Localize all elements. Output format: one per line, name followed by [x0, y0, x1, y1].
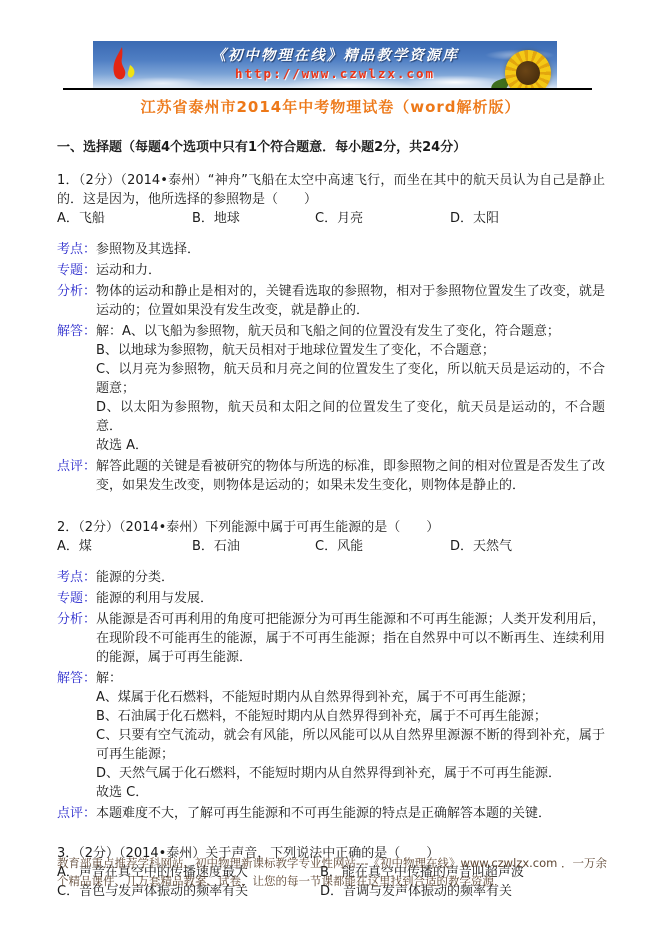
sunflower-icon: [505, 50, 551, 88]
dianping-label: 点评：: [57, 457, 96, 495]
kaodian-text: 能源的分类．: [96, 568, 605, 587]
q2-option-c: C．风能: [315, 537, 450, 556]
q1-zhuanti-row: 专题： 运动和力．: [57, 261, 605, 280]
jieda-text: 解：A、以飞船为参照物，航天员和飞船之间的位置没有发生了变化，符合题意； B、以…: [96, 322, 605, 455]
q2-zhuanti-row: 专题： 能源的利用与发展．: [57, 589, 605, 608]
dianping-text: 解答此题的关键是看被研究的物体与所选的标准，即参照物之间的相对位置是否发生了改变…: [96, 457, 605, 495]
banner-divider-rule: [63, 88, 592, 90]
doc-body: 一、选择题（每题4个选项中只有1个符合题意．每小题2分，共24分） 1．（2分）…: [57, 138, 605, 901]
fenxi-text: 物体的运动和静止是相对的，关键看选取的参照物，相对于参照物位置发生了改变，就是运…: [96, 282, 605, 320]
jieda-text: 解： A、煤属于化石燃料，不能短时期内从自然界得到补充，属于不可再生能源； B、…: [96, 669, 605, 802]
site-logo-icon: [107, 46, 141, 88]
zhuanti-text: 运动和力．: [96, 261, 605, 280]
question-2: 2．（2分）（2014•泰州）下列能源中属于可再生能源的是（ ） A．煤 B．石…: [57, 518, 605, 823]
q1-jieda-row: 解答： 解：A、以飞船为参照物，航天员和飞船之间的位置没有发生了变化，符合题意；…: [57, 322, 605, 455]
q2-option-b: B．石油: [192, 537, 315, 556]
q1-kaodian-row: 考点： 参照物及其选择．: [57, 240, 605, 259]
q2-stem: 2．（2分）（2014•泰州）下列能源中属于可再生能源的是（ ）: [57, 518, 605, 537]
fenxi-label: 分析：: [57, 610, 96, 667]
dianping-label: 点评：: [57, 804, 96, 823]
q2-option-a: A．煤: [57, 537, 192, 556]
q1-option-b: B．地球: [192, 209, 315, 228]
footer-note: 教育部重点推荐学科网站、初中物理新课标教学专业性网站---《初中物理在线》www…: [57, 854, 607, 890]
fenxi-text: 从能源是否可再利用的角度可把能源分为可再生能源和不可再生能源；人类开发利用后，在…: [96, 610, 605, 667]
section-heading: 一、选择题（每题4个选项中只有1个符合题意．每小题2分，共24分）: [57, 138, 605, 157]
q2-explanation: 考点： 能源的分类． 专题： 能源的利用与发展． 分析： 从能源是否可再利用的角…: [57, 568, 605, 823]
fenxi-label: 分析：: [57, 282, 96, 320]
dianping-text: 本题难度不大，了解可再生能源和不可再生能源的特点是正确解答本题的关键．: [96, 804, 605, 823]
document-page: 《初中物理在线》精品教学资源库 http://www.czwlzx.com 江苏…: [0, 0, 661, 936]
q2-kaodian-row: 考点： 能源的分类．: [57, 568, 605, 587]
q2-fenxi-row: 分析： 从能源是否可再利用的角度可把能源分为可再生能源和不可再生能源；人类开发利…: [57, 610, 605, 667]
jieda-label: 解答：: [57, 322, 96, 455]
q1-option-a: A．飞船: [57, 209, 192, 228]
doc-title: 江苏省泰州市2014年中考物理试卷（word解析版）: [0, 96, 661, 117]
q2-jieda-row: 解答： 解： A、煤属于化石燃料，不能短时期内从自然界得到补充，属于不可再生能源…: [57, 669, 605, 802]
kaodian-text: 参照物及其选择．: [96, 240, 605, 259]
site-title: 《初中物理在线》精品教学资源库: [188, 44, 482, 65]
zhuanti-label: 专题：: [57, 589, 96, 608]
zhuanti-text: 能源的利用与发展．: [96, 589, 605, 608]
q2-option-d: D．天然气: [450, 537, 605, 556]
kaodian-label: 考点：: [57, 568, 96, 587]
q1-option-d: D．太阳: [450, 209, 605, 228]
site-url-link[interactable]: http://www.czwlzx.com: [188, 66, 482, 81]
q1-options: A．飞船 B．地球 C．月亮 D．太阳: [57, 209, 605, 228]
zhuanti-label: 专题：: [57, 261, 96, 280]
kaodian-label: 考点：: [57, 240, 96, 259]
jieda-label: 解答：: [57, 669, 96, 802]
q1-option-c: C．月亮: [315, 209, 450, 228]
banner-text-block: 《初中物理在线》精品教学资源库 http://www.czwlzx.com: [188, 44, 482, 81]
q2-options: A．煤 B．石油 C．风能 D．天然气: [57, 537, 605, 556]
site-banner: 《初中物理在线》精品教学资源库 http://www.czwlzx.com: [93, 41, 557, 88]
q1-dianping-row: 点评： 解答此题的关键是看被研究的物体与所选的标准，即参照物之间的相对位置是否发…: [57, 457, 605, 495]
q1-fenxi-row: 分析： 物体的运动和静止是相对的，关键看选取的参照物，相对于参照物位置发生了改变…: [57, 282, 605, 320]
q1-explanation: 考点： 参照物及其选择． 专题： 运动和力． 分析： 物体的运动和静止是相对的，…: [57, 240, 605, 495]
q2-dianping-row: 点评： 本题难度不大，了解可再生能源和不可再生能源的特点是正确解答本题的关键．: [57, 804, 605, 823]
q1-stem: 1．（2分）（2014•泰州）“神舟”飞船在太空中高速飞行，而坐在其中的航天员认…: [57, 171, 605, 209]
question-1: 1．（2分）（2014•泰州）“神舟”飞船在太空中高速飞行，而坐在其中的航天员认…: [57, 171, 605, 495]
